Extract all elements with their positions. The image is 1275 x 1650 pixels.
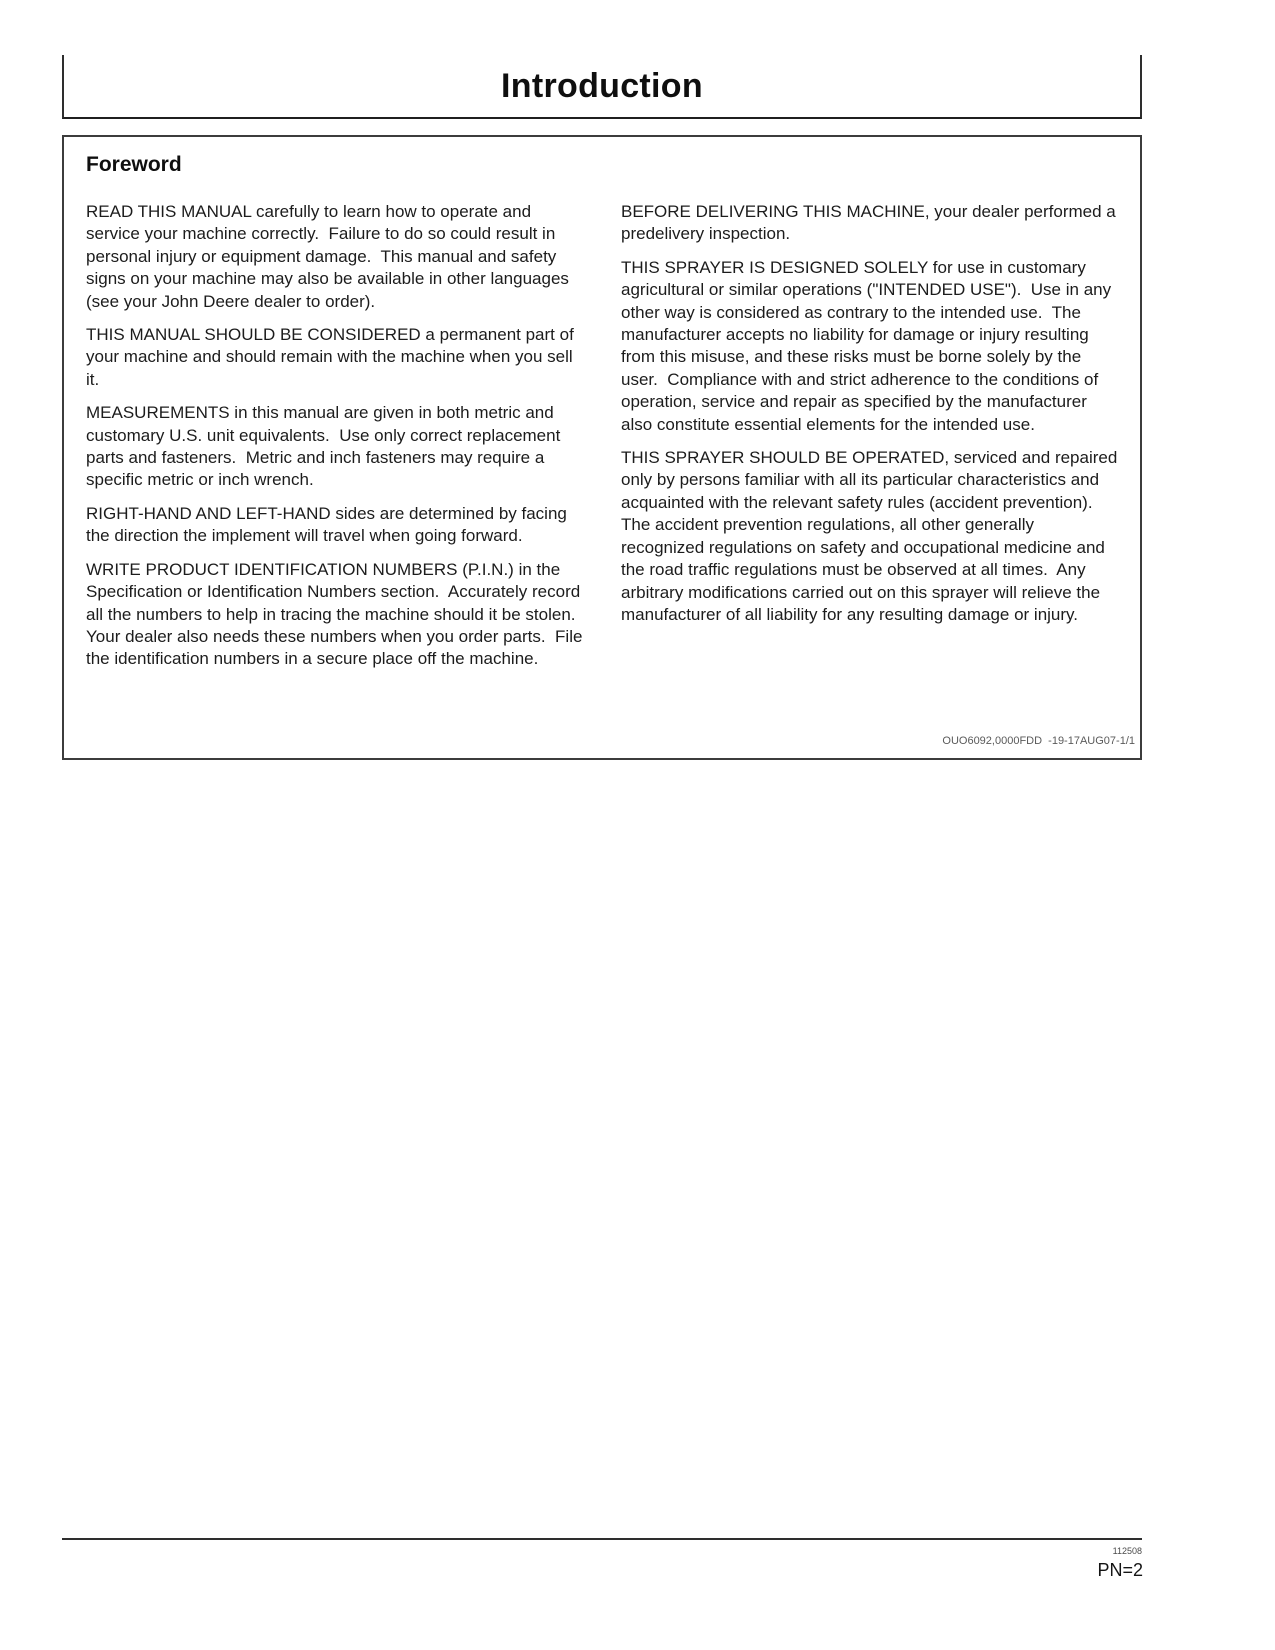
foreword-columns: READ THIS MANUAL carefully to learn how …: [86, 201, 1118, 682]
paragraph-designed-solely: THIS SPRAYER IS DESIGNED SOLELY for use …: [621, 257, 1118, 436]
foreword-left-column: READ THIS MANUAL carefully to learn how …: [86, 201, 583, 682]
document-revision-code: OUO6092,0000FDD -19-17AUG07-1/1: [942, 735, 1135, 747]
footer-rule: [62, 1538, 1142, 1540]
manual-page: Introduction Foreword READ THIS MANUAL c…: [0, 0, 1275, 1650]
paragraph-right-left-hand: RIGHT-HAND AND LEFT-HAND sides are deter…: [86, 503, 583, 548]
footer-print-code: 112508: [1113, 1546, 1142, 1556]
foreword-right-column: BEFORE DELIVERING THIS MACHINE, your dea…: [621, 201, 1118, 682]
paragraph-before-delivering: BEFORE DELIVERING THIS MACHINE, your dea…: [621, 201, 1118, 246]
paragraph-read-this-manual: READ THIS MANUAL carefully to learn how …: [86, 201, 583, 313]
paragraph-manual-considered: THIS MANUAL SHOULD BE CONSIDERED a perma…: [86, 324, 583, 391]
footer-page-number: PN=2: [1097, 1560, 1143, 1581]
page-title: Introduction: [501, 67, 703, 106]
page-title-band: Introduction: [62, 55, 1142, 119]
foreword-section: Foreword READ THIS MANUAL carefully to l…: [62, 135, 1142, 760]
paragraph-write-pin: WRITE PRODUCT IDENTIFICATION NUMBERS (P.…: [86, 559, 583, 671]
paragraph-measurements: MEASUREMENTS in this manual are given in…: [86, 402, 583, 492]
foreword-heading: Foreword: [86, 153, 1118, 177]
paragraph-should-be-operated: THIS SPRAYER SHOULD BE OPERATED, service…: [621, 447, 1118, 626]
